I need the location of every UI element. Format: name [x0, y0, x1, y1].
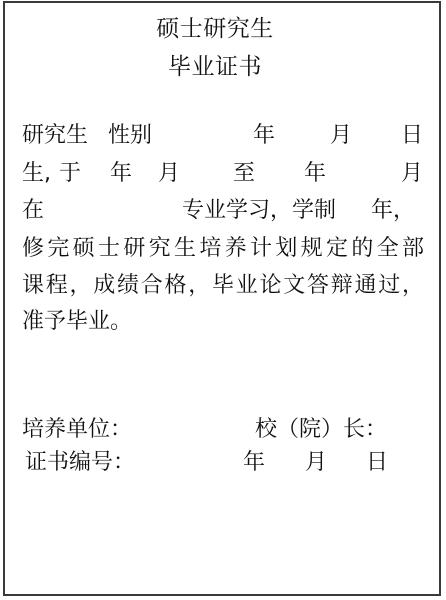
- born-label: 生,: [22, 162, 51, 186]
- certificate-frame: [3, 1, 441, 596]
- gender-label: 性别: [108, 124, 152, 148]
- program-label: 研究生: [22, 124, 88, 148]
- to-label: 至: [233, 162, 255, 186]
- birth-day-label: 日: [401, 124, 423, 148]
- birth-year-label: 年: [253, 124, 275, 148]
- at-label: 于: [59, 162, 81, 186]
- certificate-number-label: 证书编号：: [25, 451, 135, 475]
- in-label: 在: [22, 199, 44, 223]
- start-year-label: 年: [110, 162, 132, 186]
- birth-month-label: 月: [330, 124, 352, 148]
- start-month-label: 月: [158, 162, 180, 186]
- issue-year-label: 年: [243, 451, 265, 475]
- certificate-title-line1: 硕士研究生: [0, 16, 430, 42]
- issue-month-label: 月: [305, 451, 327, 475]
- body-text-line4: 修完硕士研究生培养计划规定的全部: [22, 237, 424, 261]
- president-label: 校（院）长：: [255, 418, 387, 442]
- end-month-label: 月: [401, 162, 423, 186]
- issue-day-label: 日: [366, 451, 388, 475]
- end-year-label: 年: [304, 162, 326, 186]
- institution-label: 培养单位：: [22, 418, 132, 442]
- duration-years-label: 年，: [371, 199, 415, 223]
- body-text-line6: 准予毕业。: [22, 310, 132, 334]
- major-duration-label: 专业学习，学制: [182, 199, 336, 223]
- body-text-line5: 课程，成绩合格，毕业论文答辩通过，: [22, 274, 424, 298]
- certificate-title-line2: 毕业证书: [0, 54, 430, 80]
